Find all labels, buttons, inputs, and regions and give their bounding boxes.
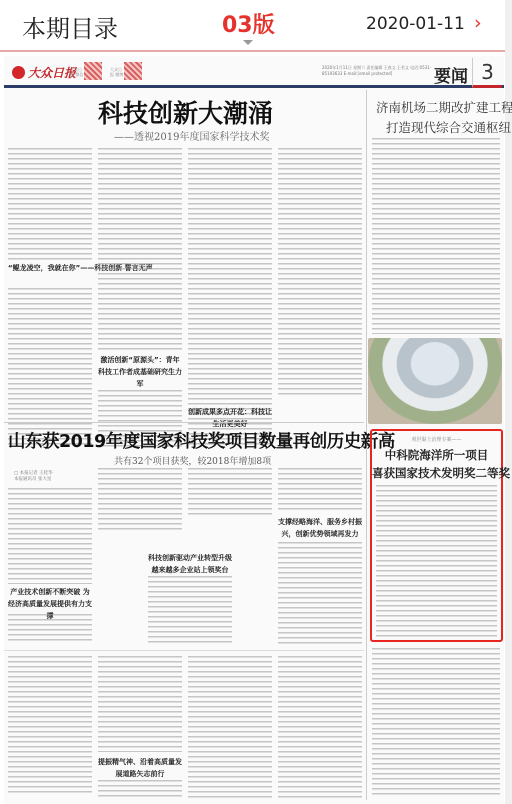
body-text <box>376 485 497 637</box>
body-text <box>98 656 182 752</box>
headline-line2: 喜获国家技术发明奖二等奖 <box>372 465 501 481</box>
newspaper-page: 大众日报 大众日报 微信 大众日报 微博 2020年1月11日 星期六 责任编辑… <box>4 56 504 804</box>
headline: 济南机场二期改扩建工程 <box>376 98 512 116</box>
headline: 山东获2019年度国家科技奖项目数量再创历史新高 <box>8 428 395 453</box>
article-ocean-institute-highlighted[interactable]: 观世黏土治理专案—— 中科院海洋所一项目 喜获国家技术发明奖二等奖 <box>370 429 503 642</box>
body-text <box>98 780 182 800</box>
body-text <box>278 542 362 646</box>
qr-code-icon <box>84 62 102 80</box>
newspaper-logo: 大众日报 <box>12 64 76 81</box>
airport-rendering-image <box>368 338 502 424</box>
qr-code-icon <box>124 62 142 80</box>
subhead: 创新成果多点开花：科技让生活更美好 <box>188 406 272 430</box>
body-text <box>188 656 272 800</box>
body-text <box>372 138 500 334</box>
subhead: 提振精气神、沿着高质量发展道路矢志前行 <box>98 756 182 780</box>
subhead: 支撑经略海洋、服务乡村振兴，创新优势领域再发力 <box>278 516 362 540</box>
subhead: 科技创新驱动产业转型升级 越来越多企业站上领奖台 <box>148 552 232 576</box>
body-text <box>8 614 92 644</box>
divider <box>4 650 364 651</box>
logo-icon <box>12 66 25 79</box>
body-text <box>8 656 92 796</box>
kicker: 观世黏土治理专案—— <box>372 436 501 443</box>
body-text <box>188 148 272 448</box>
body-text <box>188 468 272 518</box>
body-text <box>8 488 92 584</box>
body-text <box>278 656 362 800</box>
divider <box>4 422 364 423</box>
table-of-contents-title[interactable]: 本期目录 <box>22 9 118 44</box>
masthead-info: 2020年1月11日 星期六 责任编辑 王春文 王若文 电话:0531-8519… <box>322 65 432 77</box>
body-text <box>98 148 182 352</box>
body-text <box>372 648 500 798</box>
masthead: 大众日报 大众日报 微信 大众日报 微博 2020年1月11日 星期六 责任编辑… <box>4 56 504 88</box>
section-name: 要闻 <box>434 62 468 87</box>
subhead: “鲲龙凌空，我就在你”——科技创新 誓言无声 <box>8 262 92 274</box>
subheadline: 共有32个项目获奖，较2018年增加8项 <box>114 454 271 467</box>
headline: 科技创新大潮涌 <box>98 94 273 130</box>
body-text <box>98 468 182 530</box>
headline-line2: 打造现代综合交通枢纽 <box>386 118 511 136</box>
page-number: 3 <box>472 58 502 88</box>
body-text <box>148 576 232 646</box>
subheadline: ——透视2019年度国家科学技术奖 <box>114 128 269 143</box>
headline: 中科院海洋所一项目 <box>372 447 501 463</box>
body-text <box>278 148 362 398</box>
chevron-right-icon[interactable]: › <box>474 12 482 34</box>
logo-text: 大众日报 <box>28 64 76 81</box>
top-bar: 本期目录 03版 2020-01-11 › <box>0 0 512 52</box>
edition-label: 03版 <box>222 8 275 39</box>
body-text <box>8 148 92 260</box>
edition-selector[interactable]: 03版 <box>222 8 275 45</box>
byline: □ 本报记者 王桂华 本报通讯员 张大星 <box>14 470 54 482</box>
issue-date[interactable]: 2020-01-11 <box>366 14 465 34</box>
qr-label: 大众日报 微博 <box>110 67 124 77</box>
body-text <box>8 288 92 448</box>
caret-down-icon <box>243 40 253 45</box>
body-text <box>278 468 362 512</box>
subhead: 激活创新“原源头”：青年科技工作者成基础研究生力军 <box>98 354 182 390</box>
qr-label: 大众日报 微信 <box>70 67 84 77</box>
